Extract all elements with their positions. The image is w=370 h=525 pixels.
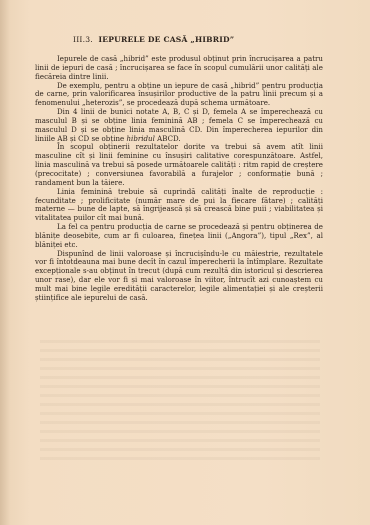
page-edge-shadow xyxy=(0,0,10,525)
crossing-scheme-end: ABCD. xyxy=(155,134,181,143)
paragraph-male-line: În scopul obținerii rezultatelor dorite … xyxy=(35,143,323,187)
bleed-through-text xyxy=(40,340,320,460)
section-heading: III.3. IEPURELE DE CASĂ „HIBRID” xyxy=(73,35,323,45)
page-content: III.3. IEPURELE DE CASĂ „HIBRID” Iepurel… xyxy=(35,35,323,303)
paragraph-fur-production: La fel ca pentru producția de carne se p… xyxy=(35,223,323,250)
hybrid-term: hibridul xyxy=(126,134,154,143)
paragraph-conclusion: Dispunînd de linii valoroase și încruciș… xyxy=(35,250,323,303)
paragraph-female-line: Linia feminină trebuie să cuprindă calit… xyxy=(35,188,323,223)
paragraph-example: De exemplu, pentru a obține un iepure de… xyxy=(35,82,323,109)
section-number: III.3. xyxy=(73,35,93,44)
section-title: IEPURELE DE CASĂ „HIBRID” xyxy=(98,35,234,44)
paragraph-crossing-scheme: Din 4 linii de bunici notate A, B, C și … xyxy=(35,108,323,143)
paragraph-definition: Iepurele de casă „hibrid” este produsul … xyxy=(35,55,323,82)
book-page: III.3. IEPURELE DE CASĂ „HIBRID” Iepurel… xyxy=(0,0,370,525)
